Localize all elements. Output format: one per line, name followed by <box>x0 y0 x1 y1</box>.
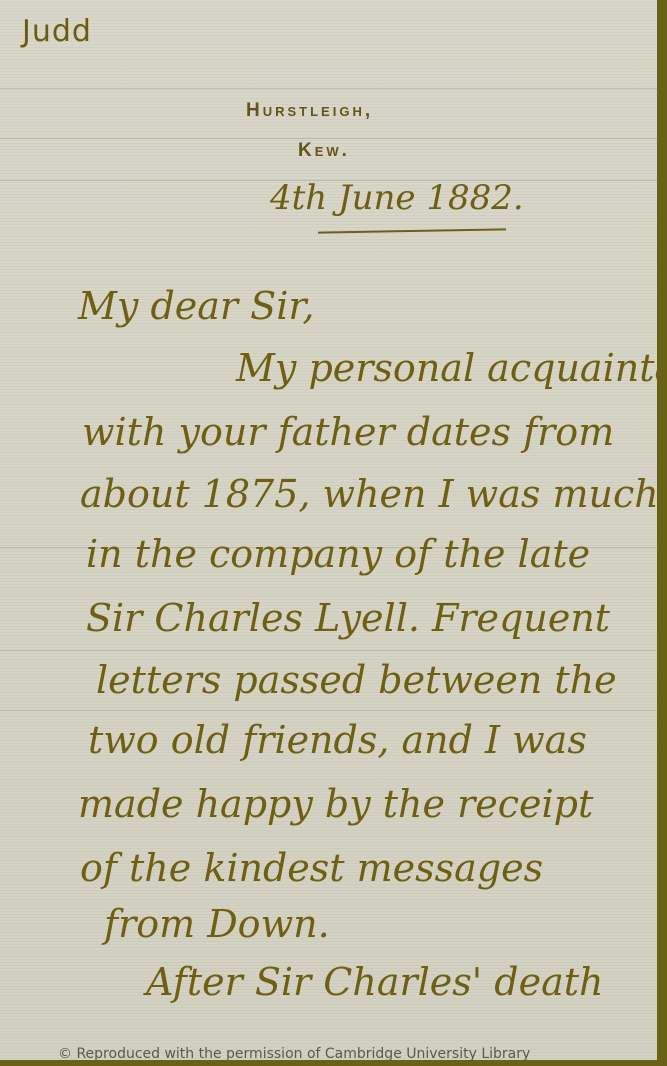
letterhead-line-1: Hurstleigh, <box>246 100 373 122</box>
body-line: about 1875, when I was much <box>80 472 659 516</box>
ruled-line <box>0 138 657 139</box>
letter-date: 4th June 1882. <box>270 178 524 218</box>
body-line: in the company of the late <box>86 532 590 576</box>
archive-annotation: Judd <box>22 14 92 49</box>
body-line: letters passed between the <box>96 658 617 702</box>
body-line: with your father dates from <box>82 410 614 454</box>
body-line: two old friends, and I was <box>88 718 587 762</box>
body-line: After Sir Charles' death <box>146 960 604 1004</box>
body-line: made happy by the receipt <box>78 782 593 826</box>
body-line: Sir Charles Lyell. Frequent <box>86 596 610 640</box>
ruled-line <box>0 650 657 651</box>
ruled-line <box>0 710 657 711</box>
letter-page: Judd Hurstleigh, Kew. 4th June 1882. My … <box>0 0 657 1060</box>
date-underline <box>318 228 506 233</box>
scan-frame-bottom <box>0 1060 667 1066</box>
ruled-line <box>0 88 657 89</box>
body-line: of the kindest messages <box>80 846 543 890</box>
scan-frame-right <box>657 0 667 1066</box>
body-line: from Down. <box>104 902 330 946</box>
letterhead-line-2: Kew. <box>298 140 350 162</box>
body-line: My personal acquaintance <box>236 346 667 390</box>
salutation: My dear Sir, <box>78 284 314 328</box>
